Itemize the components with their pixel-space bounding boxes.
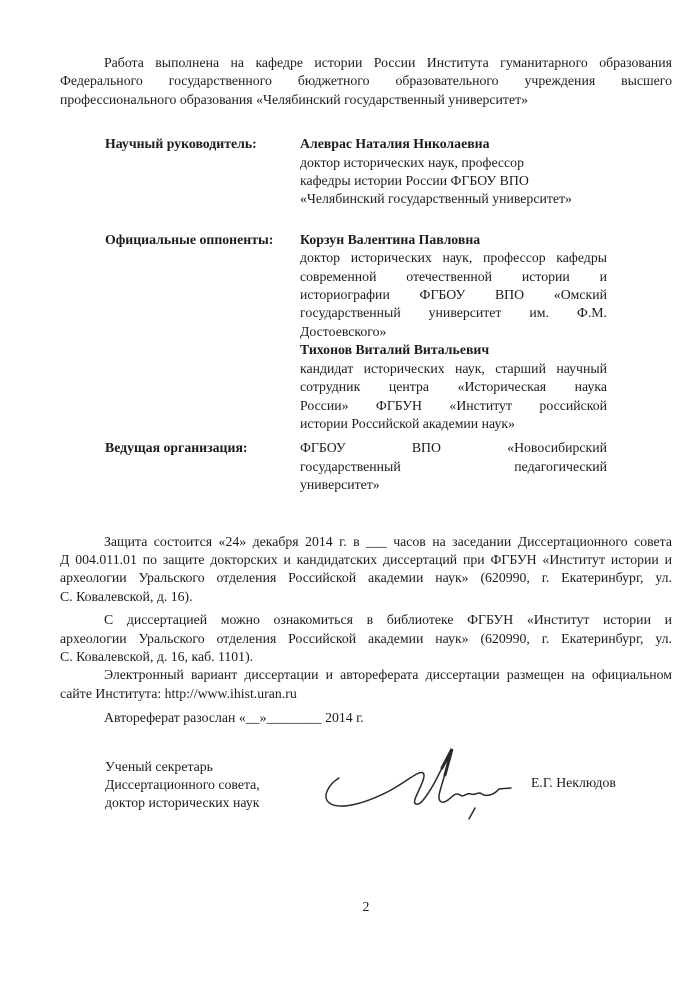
secretary-title: Ученый секретарь Диссертационного совета… (60, 758, 285, 813)
supervisor-label: Научный руководитель: (60, 135, 300, 153)
text-line: доктор исторических наук, профессор кафе… (300, 249, 607, 267)
text-line: Защита состоится «24» декабря 2014 г. в … (60, 533, 672, 551)
text-line: государственный университет им. Ф.М. (300, 304, 607, 322)
text-line: государственный педагогический (300, 458, 607, 476)
text-line: «Челябинский государственный университет… (300, 190, 607, 208)
mailed-line: Автореферат разослан «__»________ 2014 г… (60, 709, 672, 727)
text-line: доктор исторических наук (105, 794, 285, 812)
page-number: 2 (60, 898, 672, 916)
signature (323, 744, 523, 822)
supervisor-row: Научный руководитель: Алеврас Наталия Ни… (60, 135, 672, 209)
text-line: Ученый секретарь (105, 758, 285, 776)
opponent-1-name: Корзун Валентина Павловна (300, 231, 607, 249)
opponents-details: Корзун Валентина Павловна доктор историч… (300, 231, 607, 433)
intro-paragraph: Работа выполнена на кафедре истории Росс… (60, 54, 672, 109)
text-line: археологии Уральского отделения Российск… (60, 630, 672, 648)
text-line: профессионального образования «Челябинск… (60, 91, 672, 109)
secretary-block: Ученый секретарь Диссертационного совета… (60, 758, 672, 822)
text-line: С. Ковалевской, д. 16). (60, 588, 672, 606)
text-line: Достоевского» (300, 323, 607, 341)
online-url-line: сайте Института: http://www.ihist.uran.r… (60, 685, 672, 703)
text-line: доктор исторических наук, профессор (300, 154, 607, 172)
text-line: России» ФГБУН «Институт российской (300, 397, 607, 415)
leading-org-details: ФГБОУ ВПО «Новосибирский государственный… (300, 439, 607, 494)
library-paragraph: С диссертацией можно ознакомиться в библ… (60, 611, 672, 666)
opponents-row: Официальные оппоненты: Корзун Валентина … (60, 231, 672, 433)
signer-name: Е.Г. Неклюдов (531, 774, 616, 792)
leading-org-label: Ведущая организация: (60, 439, 300, 457)
text-line: историографии ФГБОУ ВПО «Омский (300, 286, 607, 304)
supervisor-details: Алеврас Наталия Николаевна доктор истори… (300, 135, 607, 209)
text-line: университет» (300, 476, 607, 494)
text-line: Работа выполнена на кафедре истории Росс… (60, 54, 672, 72)
online-paragraph: Электронный вариант диссертации и авторе… (60, 666, 672, 703)
text-line: сотрудник центра «Историческая наука (300, 378, 607, 396)
text-line: С диссертацией можно ознакомиться в библ… (60, 611, 672, 629)
supervisor-name: Алеврас Наталия Николаевна (300, 135, 607, 153)
opponent-2-name: Тихонов Виталий Витальевич (300, 341, 607, 359)
text-line: кафедры истории России ФГБОУ ВПО (300, 172, 607, 190)
text-line: кандидат исторических наук, старший науч… (300, 360, 607, 378)
text-line: современной отечественной истории и (300, 268, 607, 286)
text-line: археологии Уральского отделения Российск… (60, 569, 672, 587)
opponents-label: Официальные оппоненты: (60, 231, 300, 249)
text-line: Федерального государственного бюджетного… (60, 72, 672, 90)
text-line: ФГБОУ ВПО «Новосибирский (300, 439, 607, 457)
document-page: Работа выполнена на кафедре истории Росс… (0, 0, 700, 990)
text-line: Диссертационного совета, (105, 776, 285, 794)
text-line: Д 004.011.01 по защите докторских и канд… (60, 551, 672, 569)
text-line: С. Ковалевской, д. 16, каб. 1101). (60, 648, 672, 666)
text-line: Электронный вариант диссертации и авторе… (60, 666, 672, 684)
text-line: истории Российской академии наук» (300, 415, 607, 433)
leading-org-row: Ведущая организация: ФГБОУ ВПО «Новосиби… (60, 439, 672, 494)
defense-paragraph: Защита состоится «24» декабря 2014 г. в … (60, 533, 672, 607)
